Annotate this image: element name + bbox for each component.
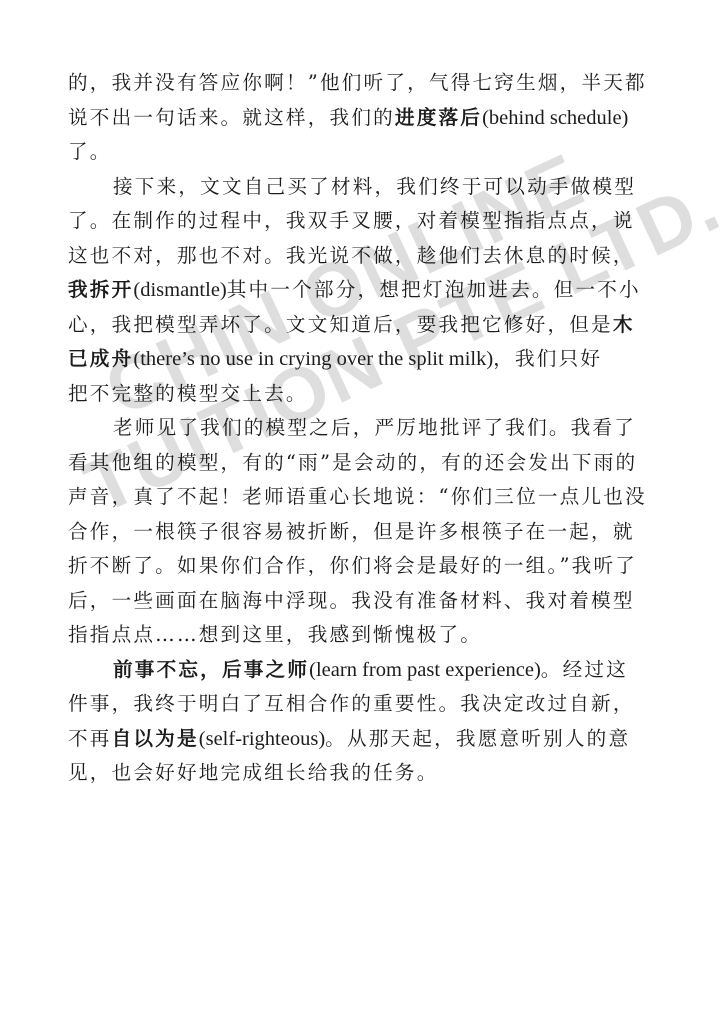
english-gloss: (dismantle) <box>133 279 226 301</box>
bold-phrase: 进度落后 <box>395 106 482 129</box>
bold-phrase: 木 <box>613 313 635 336</box>
text-segment: 。从那天起，我愿意听别人的意 <box>325 727 630 750</box>
text-line: 已成舟(there’s no use in crying over the sp… <box>68 342 660 377</box>
text-segment: 其中一个部分，想把灯泡加进去。但一不小 <box>227 278 641 301</box>
text-segment: ，我们只好 <box>493 347 602 370</box>
text-segment: 看其他组的模型，有的“雨”是会动的，有的还会发出下雨的 <box>68 451 637 474</box>
text-line: 这也不对，那也不对。我光说不做，趁他们去休息的时候， <box>68 239 660 274</box>
paragraph: 的，我并没有答应你啊！”他们听了，气得七窍生烟，半天都说不出一句话来。就这样，我… <box>68 66 660 170</box>
text-segment: 接下来，文文自己买了材料，我们终于可以动手做模型 <box>113 175 636 198</box>
text-line: 前事不忘，后事之师(learn from past experience)。经过… <box>68 653 660 688</box>
text-segment: 见，也会好好地完成组长给我的任务。 <box>68 761 439 784</box>
text-segment: 把不完整的模型交上去。 <box>68 382 308 405</box>
text-segment: 老师见了我们的模型之后，严厉地批评了我们。我看了 <box>113 416 636 439</box>
text-segment: 折不断了。如果你们合作，你们将会是最好的一组。”我听了 <box>68 554 637 577</box>
text-line: 见，也会好好地完成组长给我的任务。 <box>68 756 660 791</box>
text-segment: 心，我把模型弄坏了。文文知道后，要我把它修好，但是 <box>68 313 613 336</box>
text-line: 把不完整的模型交上去。 <box>68 377 660 412</box>
text-segment: 了。在制作的过程中，我双手叉腰，对着模型指指点点，说 <box>68 209 635 232</box>
text-line: 的，我并没有答应你啊！”他们听了，气得七窍生烟，半天都 <box>68 66 660 101</box>
english-gloss: (learn from past experience) <box>309 659 541 681</box>
text-segment: 合作，一根筷子很容易被折断，但是许多根筷子在一起，就 <box>68 520 635 543</box>
text-line: 接下来，文文自己买了材料，我们终于可以动手做模型 <box>68 170 660 205</box>
text-line: 指指点点……想到这里，我感到惭愧极了。 <box>68 618 660 653</box>
text-line: 了。 <box>68 135 660 170</box>
document-body: 的，我并没有答应你啊！”他们听了，气得七窍生烟，半天都说不出一句话来。就这样，我… <box>68 66 660 791</box>
text-line: 声音，真了不起！老师语重心长地说：“你们三位一点儿也没 <box>68 480 660 515</box>
text-line: 后，一些画面在脑海中浮现。我没有准备材料、我对着模型 <box>68 584 660 619</box>
text-segment: 。经过这 <box>541 658 628 681</box>
paragraph: 老师见了我们的模型之后，严厉地批评了我们。我看了看其他组的模型，有的“雨”是会动… <box>68 411 660 653</box>
text-line: 心，我把模型弄坏了。文文知道后，要我把它修好，但是木 <box>68 308 660 343</box>
paragraph: 前事不忘，后事之师(learn from past experience)。经过… <box>68 653 660 791</box>
text-line: 了。在制作的过程中，我双手叉腰，对着模型指指点点，说 <box>68 204 660 239</box>
text-line: 不再自以为是(self-righteous)。从那天起，我愿意听别人的意 <box>68 722 660 757</box>
text-segment: 指指点点……想到这里，我感到惭愧极了。 <box>68 623 482 646</box>
text-segment: 说不出一句话来。就这样，我们的 <box>68 106 395 129</box>
bold-phrase: 已成舟 <box>68 347 133 370</box>
text-line: 老师见了我们的模型之后，严厉地批评了我们。我看了 <box>68 411 660 446</box>
text-line: 看其他组的模型，有的“雨”是会动的，有的还会发出下雨的 <box>68 446 660 481</box>
text-segment: 这也不对，那也不对。我光说不做，趁他们去休息的时候， <box>68 244 635 267</box>
text-segment: 件事，我终于明白了互相合作的重要性。我决定改过自新， <box>68 692 635 715</box>
text-segment: 的，我并没有答应你啊！”他们听了，气得七窍生烟，半天都 <box>68 71 647 94</box>
text-line: 件事，我终于明白了互相合作的重要性。我决定改过自新， <box>68 687 660 722</box>
text-segment: 后，一些画面在脑海中浮现。我没有准备材料、我对着模型 <box>68 589 635 612</box>
text-line: 折不断了。如果你们合作，你们将会是最好的一组。”我听了 <box>68 549 660 584</box>
paragraph: 接下来，文文自己买了材料，我们终于可以动手做模型了。在制作的过程中，我双手叉腰，… <box>68 170 660 412</box>
text-line: 说不出一句话来。就这样，我们的进度落后(behind schedule) <box>68 101 660 136</box>
text-line: 合作，一根筷子很容易被折断，但是许多根筷子在一起，就 <box>68 515 660 550</box>
bold-phrase: 前事不忘，后事之师 <box>113 658 309 681</box>
bold-phrase: 我拆开 <box>68 278 133 301</box>
english-gloss: (self-righteous) <box>199 728 325 750</box>
bold-phrase: 自以为是 <box>112 727 199 750</box>
english-gloss: (behind schedule) <box>482 107 628 129</box>
text-segment: 不再 <box>68 727 112 750</box>
text-segment: 了。 <box>68 140 112 163</box>
text-segment: 声音，真了不起！老师语重心长地说：“你们三位一点儿也没 <box>68 485 647 508</box>
text-line: 我拆开(dismantle)其中一个部分，想把灯泡加进去。但一不小 <box>68 273 660 308</box>
english-gloss: (there’s no use in crying over the split… <box>133 348 493 370</box>
